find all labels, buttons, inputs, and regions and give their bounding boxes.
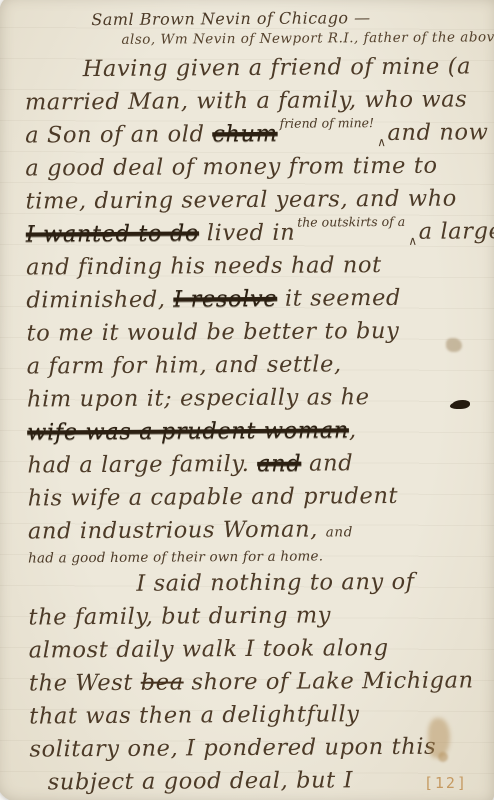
handwritten-text: lived in [199, 220, 295, 247]
handwritten-text: a farm for him, and settle, [27, 351, 342, 379]
handwritten-text: a large City, [419, 218, 494, 245]
manuscript-writing: Saml Brown Nevin of Chicago — also, Wm N… [0, 0, 494, 800]
handwritten-text: the West [29, 670, 141, 697]
manuscript-line: a farm for him, and settle, [27, 347, 490, 383]
manuscript-line: to me it would be better to buy [26, 314, 489, 350]
struck-out-text: I wanted to do [26, 220, 199, 247]
manuscript-header: Saml Brown Nevin of Chicago — also, Wm N… [0, 0, 492, 50]
manuscript-line: and finding his needs had not [26, 248, 489, 284]
interlinear-insertion: the outskirts of a [297, 205, 405, 239]
handwritten-text: to me it would be better to buy [26, 318, 399, 347]
interlinear-insertion: friend of mine! [279, 106, 374, 140]
struck-out-text: wife was a prudent woman [27, 417, 349, 445]
manuscript-line: Having given a friend of mine (a [25, 50, 488, 86]
handwritten-text: and [301, 450, 353, 476]
manuscript-line: the family, but during my [28, 598, 491, 634]
handwritten-text: married Man, with a family, who was [25, 86, 468, 115]
handwritten-text: subject a good deal, but I [48, 767, 354, 795]
handwritten-text: I said nothing to any of [136, 569, 415, 597]
manuscript-line: and industrious Woman, and [28, 512, 491, 548]
handwritten-text: a Son of an old [25, 121, 212, 148]
manuscript-line: his wife a capable and prudent [28, 479, 491, 515]
caret-mark: ∧ [408, 225, 418, 258]
scanned-manuscript-page: { "document": { "ink_color": "#4c3a27", … [0, 0, 494, 800]
struck-out-text: bea [141, 669, 184, 695]
handwritten-text: shore of Lake Michigan [184, 667, 474, 695]
struck-out-text: and [257, 451, 301, 477]
manuscript-line: had a large family. and and [27, 446, 490, 482]
handwritten-text: had a large family. [27, 451, 257, 479]
struck-out-text: chum [212, 121, 278, 147]
handwritten-text: that was then a delightfully [29, 701, 360, 729]
manuscript-line: solitary one, I pondered upon this [29, 730, 492, 766]
manuscript-line: the West bea shore of Lake Michigan [29, 664, 492, 700]
manuscript-line: diminished, I resolve it seemed [26, 281, 489, 317]
manuscript-line: a good deal of money from time to [25, 149, 488, 185]
handwritten-text: it seemed [277, 285, 401, 312]
manuscript-line: wife was a prudent woman, [27, 413, 490, 449]
handwritten-text: him upon it; especially as he [27, 384, 370, 412]
manuscript-body: Having given a friend of mine (amarried … [0, 46, 494, 799]
manuscript-line: almost daily walk I took along [29, 631, 492, 667]
archival-page-number: [12] [424, 774, 468, 792]
handwritten-text: and finding his needs had not [26, 252, 382, 280]
handwritten-text: had a good home of their own for a home. [28, 548, 323, 566]
manuscript-line: time, during several years, and who [25, 182, 488, 218]
handwritten-text: and [326, 524, 353, 540]
handwritten-text: and industrious Woman, [28, 516, 326, 544]
handwritten-text: diminished, [26, 287, 173, 314]
handwritten-text: his wife a capable and prudent [28, 483, 399, 512]
paper-stain [438, 752, 448, 762]
manuscript-line: him upon it; especially as he [27, 380, 490, 416]
handwritten-text: Having given a friend of mine (a [83, 53, 472, 82]
handwritten-text: almost daily walk I took along [29, 635, 389, 664]
caret-mark: ∧ [377, 126, 387, 159]
handwritten-text: a good deal of money from time to [25, 153, 437, 182]
handwritten-text: solitary one, I pondered upon this [29, 734, 436, 763]
handwritten-text: and now deceased) [387, 118, 494, 146]
handwritten-text: , [349, 417, 357, 443]
manuscript-line: I said nothing to any of [28, 565, 491, 601]
manuscript-line: married Man, with a family, who was [25, 83, 488, 119]
manuscript-line: I wanted to do lived inthe outskirts of … [26, 215, 489, 251]
ink-smudge [446, 338, 462, 352]
manuscript-line: that was then a delightfully [29, 697, 492, 733]
struck-out-text: I resolve [173, 286, 277, 313]
header-line-also: also, Wm Nevin of Newport R.I., father o… [0, 28, 492, 49]
manuscript-line: a Son of an old chumfriend of mine!∧and … [25, 116, 488, 152]
handwritten-text: the family, but during my [28, 602, 331, 630]
